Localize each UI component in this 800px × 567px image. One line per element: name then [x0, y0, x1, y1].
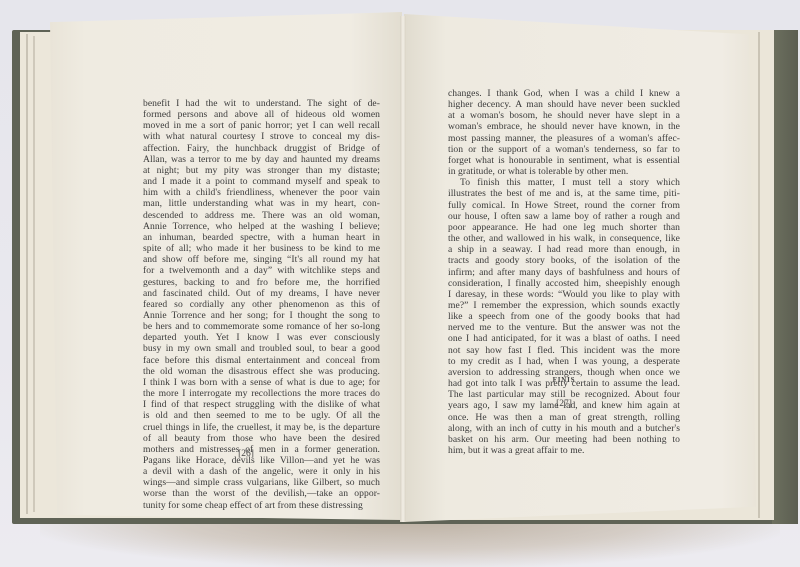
text-line: descended to address me. There was an ol…	[143, 210, 380, 221]
text-line: face before this dismal entertainment an…	[143, 355, 380, 366]
text-line: forget what is honourable in sentiment, …	[448, 155, 680, 166]
text-line: moved in me a sort of panic horror; yet …	[143, 120, 380, 131]
text-line: illustrates the best of me and is, at th…	[448, 188, 680, 199]
text-line: To finish this matter, I must tell a sto…	[448, 177, 680, 188]
text-line: him with a child's friendliness, wheneve…	[143, 187, 380, 198]
text-line: for a twelvemonth and a day” with witchl…	[143, 265, 380, 276]
text-line: affection. Fairy, the hunchback druggist…	[143, 143, 380, 154]
text-line: a ship in a seaway. I had read more than…	[448, 244, 680, 255]
text-line: consideration, I finally accosted him, s…	[448, 278, 680, 289]
text-line: I find of that respect struggling with t…	[143, 399, 380, 410]
text-line: him, but it was a great affair to me.	[448, 445, 680, 456]
text-line: and fascinated child. Out of my dreams, …	[143, 288, 380, 299]
photo-scene: benefit I had the wit to understand. The…	[0, 0, 800, 567]
text-line: departed youth. Yet I know I was ever co…	[143, 332, 380, 343]
text-line: an inhuman, bearded spectre, with a huma…	[143, 232, 380, 243]
text-line: like a speech from one of the goody book…	[448, 311, 680, 322]
text-line: our house, I often saw a lame boy of rat…	[448, 211, 680, 222]
text-line: cruel things in life, the cruellest, it …	[143, 422, 380, 433]
text-line: wings—and simple crass vulgarians, like …	[143, 477, 380, 488]
text-line: busy in my own small and troubled soul, …	[143, 343, 380, 354]
text-line: not say how fast I fled. This incident w…	[448, 345, 680, 356]
text-line: woman's embrace, he should never have kn…	[448, 121, 680, 132]
book-shadow	[40, 520, 780, 567]
text-line: spite of all; who made it her business t…	[143, 243, 380, 254]
text-line: with what natural courtesy I strove to c…	[143, 131, 380, 142]
book-gutter	[400, 16, 406, 522]
finis-mark: FINIS	[534, 376, 594, 384]
page-number-right: [27]	[534, 399, 594, 409]
text-line: to my credit as I had, when I was young,…	[448, 356, 680, 367]
text-line: tracts and goody story books, of the iso…	[448, 255, 680, 266]
text-line: formed persons and above all of hideous …	[143, 109, 380, 120]
text-line: basket on his arm. Our meeting had been …	[448, 434, 680, 445]
text-line: and I made it a point to command myself …	[143, 176, 380, 187]
text-line: worse than the worst of the devilish,—ta…	[143, 488, 380, 499]
text-line: one I had anticipated, for it was a blas…	[448, 333, 680, 344]
text-line: poor appearance. He had one leg much sho…	[448, 222, 680, 233]
text-line: the other, and wallowed in his walk, in …	[448, 233, 680, 244]
text-line: Annie Torrence, who helped at the washin…	[143, 221, 380, 232]
text-line: nerved me to the venture. But the answer…	[448, 322, 680, 333]
text-line: man, little understanding what was in my…	[143, 198, 380, 209]
text-line: changes. I thank God, when I was a child…	[448, 88, 680, 99]
text-line: I think I was born with a sense of what …	[143, 377, 380, 388]
text-line: at a woman's bosom, he should never have…	[448, 110, 680, 121]
text-line: the old woman the disastrous effect she …	[143, 366, 380, 377]
text-line: infirm; and after many days of bashfulne…	[448, 267, 680, 278]
text-line: tion or the support of a woman's tendern…	[448, 144, 680, 155]
text-line: of all beauty from those who have been t…	[143, 433, 380, 444]
text-line: fully comical. In Howe Street, round the…	[448, 200, 680, 211]
text-line: and show off before me, singing “It's al…	[143, 254, 380, 265]
text-line: once. He was then a man of great strengt…	[448, 412, 680, 423]
text-line: the more I interrogate my recollections …	[143, 388, 380, 399]
cover-edge	[772, 30, 798, 524]
text-line: most passing manner, the pleasures of a …	[448, 133, 680, 144]
text-line: a devil with a dash of the angelic, were…	[143, 466, 380, 477]
text-line: gestures, backing to and fro before me, …	[143, 277, 380, 288]
text-line: at night; but my pity was stronger than …	[143, 165, 380, 176]
text-line: me?” I remember the expression, which so…	[448, 300, 680, 311]
text-line: Allan, was a terror to me by day and hau…	[143, 154, 380, 165]
text-line: be hers and to commemorate some romance …	[143, 321, 380, 332]
text-line: feared so cordially any other phenomenon…	[143, 299, 380, 310]
page-number-left: [26]	[216, 449, 276, 459]
right-page: changes. I thank God, when I was a child…	[404, 14, 756, 522]
text-line: in gratitude, or what is tolerable by ot…	[448, 166, 680, 177]
text-line: higher decency. A man should have never …	[448, 99, 680, 110]
text-line: benefit I had the wit to understand. The…	[143, 98, 380, 109]
text-line: Annie Torrence and her song; for I thoug…	[143, 310, 380, 321]
text-line: is old and then seemed to me to be ugly.…	[143, 410, 380, 421]
text-line: along, with an inch of cutty in his mout…	[448, 423, 680, 434]
text-line: tunity for some cheap effect of art from…	[143, 500, 380, 511]
left-page: benefit I had the wit to understand. The…	[50, 12, 402, 520]
text-line: I daresay, in these words: “Would you li…	[448, 289, 680, 300]
